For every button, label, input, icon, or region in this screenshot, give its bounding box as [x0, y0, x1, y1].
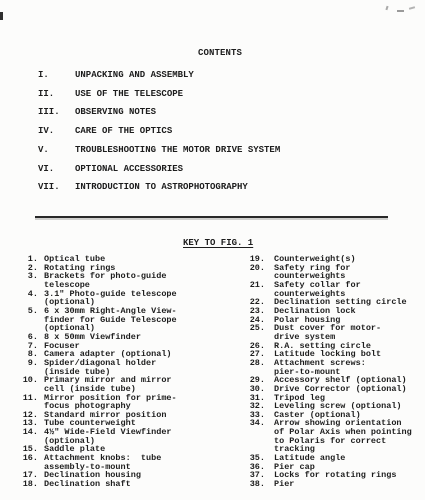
key-item-text: Arrow showing orientationof Polar Axis w… — [274, 419, 425, 454]
scan-artifact-pencil-mark — [385, 6, 388, 10]
key-item-number: 18. — [0, 480, 38, 489]
contents-item: VII. INTRODUCTION TO ASTROPHOTOGRAPHY — [38, 178, 398, 197]
contents-item: IV. CARE OF THE OPTICS — [38, 122, 398, 141]
key-item-number: 34. — [210, 419, 265, 454]
contents-item-numeral: VII. — [38, 178, 75, 197]
contents-item: I. UNPACKING AND ASSEMBLY — [38, 66, 398, 85]
contents-item-label: INTRODUCTION TO ASTROPHOTOGRAPHY — [75, 178, 248, 197]
key-item-text: Attachment knobs: tubeassembly-to-mount — [44, 454, 212, 471]
key-item-number: 20. — [210, 264, 265, 281]
scan-artifact-pencil-mark — [397, 10, 404, 12]
key-item-number: 25. — [210, 324, 265, 341]
key-item-text: Dust cover for motor-drive system — [274, 324, 425, 341]
contents-item: VI. OPTIONAL ACCESSORIES — [38, 160, 398, 179]
key-item-text: 3.1" Photo-guide telescope(optional) — [44, 290, 212, 307]
key-item: 20. Safety ring forcounterweights — [210, 264, 425, 281]
contents-item-numeral: II. — [38, 85, 75, 104]
key-item: 16. Attachment knobs: tubeassembly-to-mo… — [0, 454, 212, 471]
contents-item-label: UNPACKING AND ASSEMBLY — [75, 66, 194, 85]
key-item: 3. Brackets for photo-guidetelescope — [0, 272, 212, 289]
key-item: 11. Mirror position for prime-focus phot… — [0, 394, 212, 411]
key-item-number: 4. — [0, 290, 38, 307]
section-divider-rule — [35, 216, 388, 218]
scanned-manual-page: CONTENTS I. UNPACKING AND ASSEMBLY II. U… — [0, 0, 425, 500]
key-item: 9. Spider/diagonal holder(inside tube) — [0, 359, 212, 376]
key-item: 18. Declination shaft — [0, 480, 212, 489]
key-item-number: 11. — [0, 394, 38, 411]
key-to-fig1-title: KEY TO FIG. 1 — [183, 238, 253, 248]
contents-item-label: OBSERVING NOTES — [75, 103, 156, 122]
key-item-text: Brackets for photo-guidetelescope — [44, 272, 212, 289]
key-item: 4. 3.1" Photo-guide telescope(optional) — [0, 290, 212, 307]
key-item-text: Safety ring forcounterweights — [274, 264, 425, 281]
contents-item-label: USE OF THE TELESCOPE — [75, 85, 183, 104]
contents-item-numeral: III. — [38, 103, 75, 122]
key-item: 25. Dust cover for motor-drive system — [210, 324, 425, 341]
contents-item: V. TROUBLESHOOTING THE MOTOR DRIVE SYSTE… — [38, 141, 398, 160]
key-item-text: Mirror position for prime-focus photogra… — [44, 394, 212, 411]
contents-list: I. UNPACKING AND ASSEMBLY II. USE OF THE… — [38, 66, 398, 197]
key-item-text: 6 x 30mm Right-Angle View-finder for Gui… — [44, 307, 212, 333]
key-item-text: Pier — [274, 480, 425, 489]
key-item: 5. 6 x 30mm Right-Angle View-finder for … — [0, 307, 212, 333]
scan-artifact-edge-smudge — [0, 12, 3, 20]
contents-item-numeral: VI. — [38, 160, 75, 179]
key-item-line: Pier — [274, 480, 425, 489]
key-list-right-column: 19. Counterweight(s) 20. Safety ring for… — [210, 255, 425, 489]
key-item-number: 38. — [210, 480, 265, 489]
key-item: 38. Pier — [210, 480, 425, 489]
contents-item-label: OPTIONAL ACCESSORIES — [75, 160, 183, 179]
key-item-text: Spider/diagonal holder(inside tube) — [44, 359, 212, 376]
contents-item-label: TROUBLESHOOTING THE MOTOR DRIVE SYSTEM — [75, 141, 280, 160]
contents-title: CONTENTS — [198, 48, 242, 58]
key-item-number: 28. — [210, 359, 265, 376]
key-item-text: Declination shaft — [44, 480, 212, 489]
key-item-line: Locks for rotating rings — [274, 471, 425, 480]
key-list-left-column: 1. Optical tube 2. Rotating rings 3. Bra… — [0, 255, 212, 489]
key-item: 28. Attachment screws:pier-to-mount — [210, 359, 425, 376]
contents-item-numeral: IV. — [38, 122, 75, 141]
key-item: 14. 4½" Wide-Field Viewfinder(optional) — [0, 428, 212, 445]
key-item-text: Safety collar forcounterweights — [274, 281, 425, 298]
contents-item-label: CARE OF THE OPTICS — [75, 122, 172, 141]
contents-item: III. OBSERVING NOTES — [38, 103, 398, 122]
key-item-text: Locks for rotating rings — [274, 471, 425, 480]
key-item-number: 5. — [0, 307, 38, 333]
contents-item: II. USE OF THE TELESCOPE — [38, 85, 398, 104]
key-item-number: 10. — [0, 376, 38, 393]
key-item-number: 14. — [0, 428, 38, 445]
key-item-number: 21. — [210, 281, 265, 298]
key-item: 10. Primary mirror and mirrorcell (insid… — [0, 376, 212, 393]
key-item-number: 9. — [0, 359, 38, 376]
key-item: 21. Safety collar forcounterweights — [210, 281, 425, 298]
key-item-number: 16. — [0, 454, 38, 471]
key-item-text: 4½" Wide-Field Viewfinder(optional) — [44, 428, 212, 445]
key-item: 34. Arrow showing orientationof Polar Ax… — [210, 419, 425, 454]
contents-item-numeral: I. — [38, 66, 75, 85]
key-item-text: Primary mirror and mirrorcell (inside tu… — [44, 376, 212, 393]
key-item: 37. Locks for rotating rings — [210, 471, 425, 480]
scan-artifact-pencil-mark — [409, 6, 415, 10]
contents-item-numeral: V. — [38, 141, 75, 160]
key-item: 35. Latitude angle — [210, 454, 425, 463]
key-item-text: Attachment screws:pier-to-mount — [274, 359, 425, 376]
key-item-number: 3. — [0, 272, 38, 289]
key-item-line: Declination shaft — [44, 480, 212, 489]
